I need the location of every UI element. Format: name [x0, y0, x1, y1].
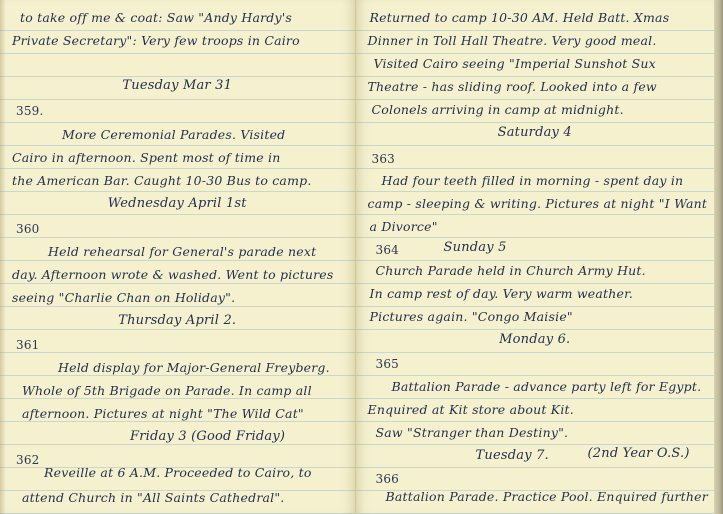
diary-text-line: Church Parade held in Church Army Hut. — [356, 263, 715, 278]
diary-day-number: 366 — [356, 472, 715, 486]
diary-text-line: Held display for Major-General Freyberg. — [0, 360, 355, 375]
diary-date-heading: Monday 6. — [356, 332, 715, 347]
diary-day-number: 360 — [0, 222, 355, 236]
diary-text-line: day. Afternoon wrote & washed. Went to p… — [0, 267, 355, 282]
diary-text-line: camp - sleeping & writing. Pictures at n… — [356, 196, 715, 211]
diary-text-line: Enquired at Kit store about Kit. — [356, 402, 715, 417]
diary-text-line: Returned to camp 10-30 AM. Held Batt. Xm… — [356, 10, 715, 25]
notebook-spread: to take off me & coat: Saw "Andy Hardy's… — [0, 0, 723, 514]
diary-text-line: Held rehearsal for General's parade next — [0, 244, 355, 259]
diary-date-heading: Tuesday Mar 31 — [0, 78, 355, 93]
diary-date-heading: (2nd Year O.S.) — [588, 446, 690, 461]
right-page: Returned to camp 10-30 AM. Held Batt. Xm… — [356, 0, 715, 514]
diary-text-line: seeing "Charlie Chan on Holiday". — [0, 290, 355, 305]
diary-day-number: 364 — [356, 243, 715, 257]
diary-text-line: Battalion Parade. Practice Pool. Enquire… — [356, 489, 715, 504]
diary-text-line: attend Church in "All Saints Cathedral". — [0, 490, 355, 505]
diary-text-line: to take off me & coat: Saw "Andy Hardy's — [0, 10, 355, 25]
diary-text-line: Had four teeth filled in morning - spent… — [356, 173, 715, 188]
left-page: to take off me & coat: Saw "Andy Hardy's… — [0, 0, 356, 514]
diary-text-line: Dinner in Toll Hall Theatre. Very good m… — [356, 33, 715, 48]
diary-text-line: More Ceremonial Parades. Visited — [0, 127, 355, 142]
diary-day-number: 359. — [0, 104, 355, 118]
diary-text-line: Theatre - has sliding roof. Looked into … — [356, 79, 715, 94]
diary-text-line: a Divorce" — [356, 219, 715, 234]
diary-text-line: Visited Cairo seeing "Imperial Sunshot S… — [356, 56, 715, 71]
diary-date-heading: Sunday 5 — [444, 240, 507, 255]
diary-day-number: 363 — [356, 152, 715, 166]
diary-text-line: In camp rest of day. Very warm weather. — [356, 286, 715, 301]
diary-day-number: 361 — [0, 338, 355, 352]
diary-text-line: Cairo in afternoon. Spent most of time i… — [0, 150, 355, 165]
diary-text-line: Whole of 5th Brigade on Parade. In camp … — [0, 383, 355, 398]
notebook-edge — [714, 0, 723, 514]
diary-date-heading: Saturday 4 — [356, 125, 715, 140]
diary-date-heading: Tuesday 7. — [476, 448, 549, 463]
diary-text-line: Private Secretary": Very few troops in C… — [0, 33, 355, 48]
diary-text-line: the American Bar. Caught 10-30 Bus to ca… — [0, 173, 355, 188]
diary-date-heading: Wednesday April 1st — [0, 196, 355, 211]
diary-text-line: Pictures again. "Congo Maisie" — [356, 309, 715, 324]
diary-text-line: Colonels arriving in camp at midnight. — [356, 102, 715, 117]
diary-text-line: Reveille at 6 A.M. Proceeded to Cairo, t… — [0, 465, 355, 480]
diary-text-line: Saw "Stranger than Destiny". — [356, 425, 715, 440]
diary-date-heading: Thursday April 2. — [0, 313, 355, 328]
diary-day-number: 365 — [356, 357, 715, 371]
diary-date-heading: Friday 3 (Good Friday) — [130, 429, 285, 444]
diary-text-line: afternoon. Pictures at night "The Wild C… — [0, 406, 355, 421]
diary-text-line: Battalion Parade - advance party left fo… — [356, 379, 715, 394]
